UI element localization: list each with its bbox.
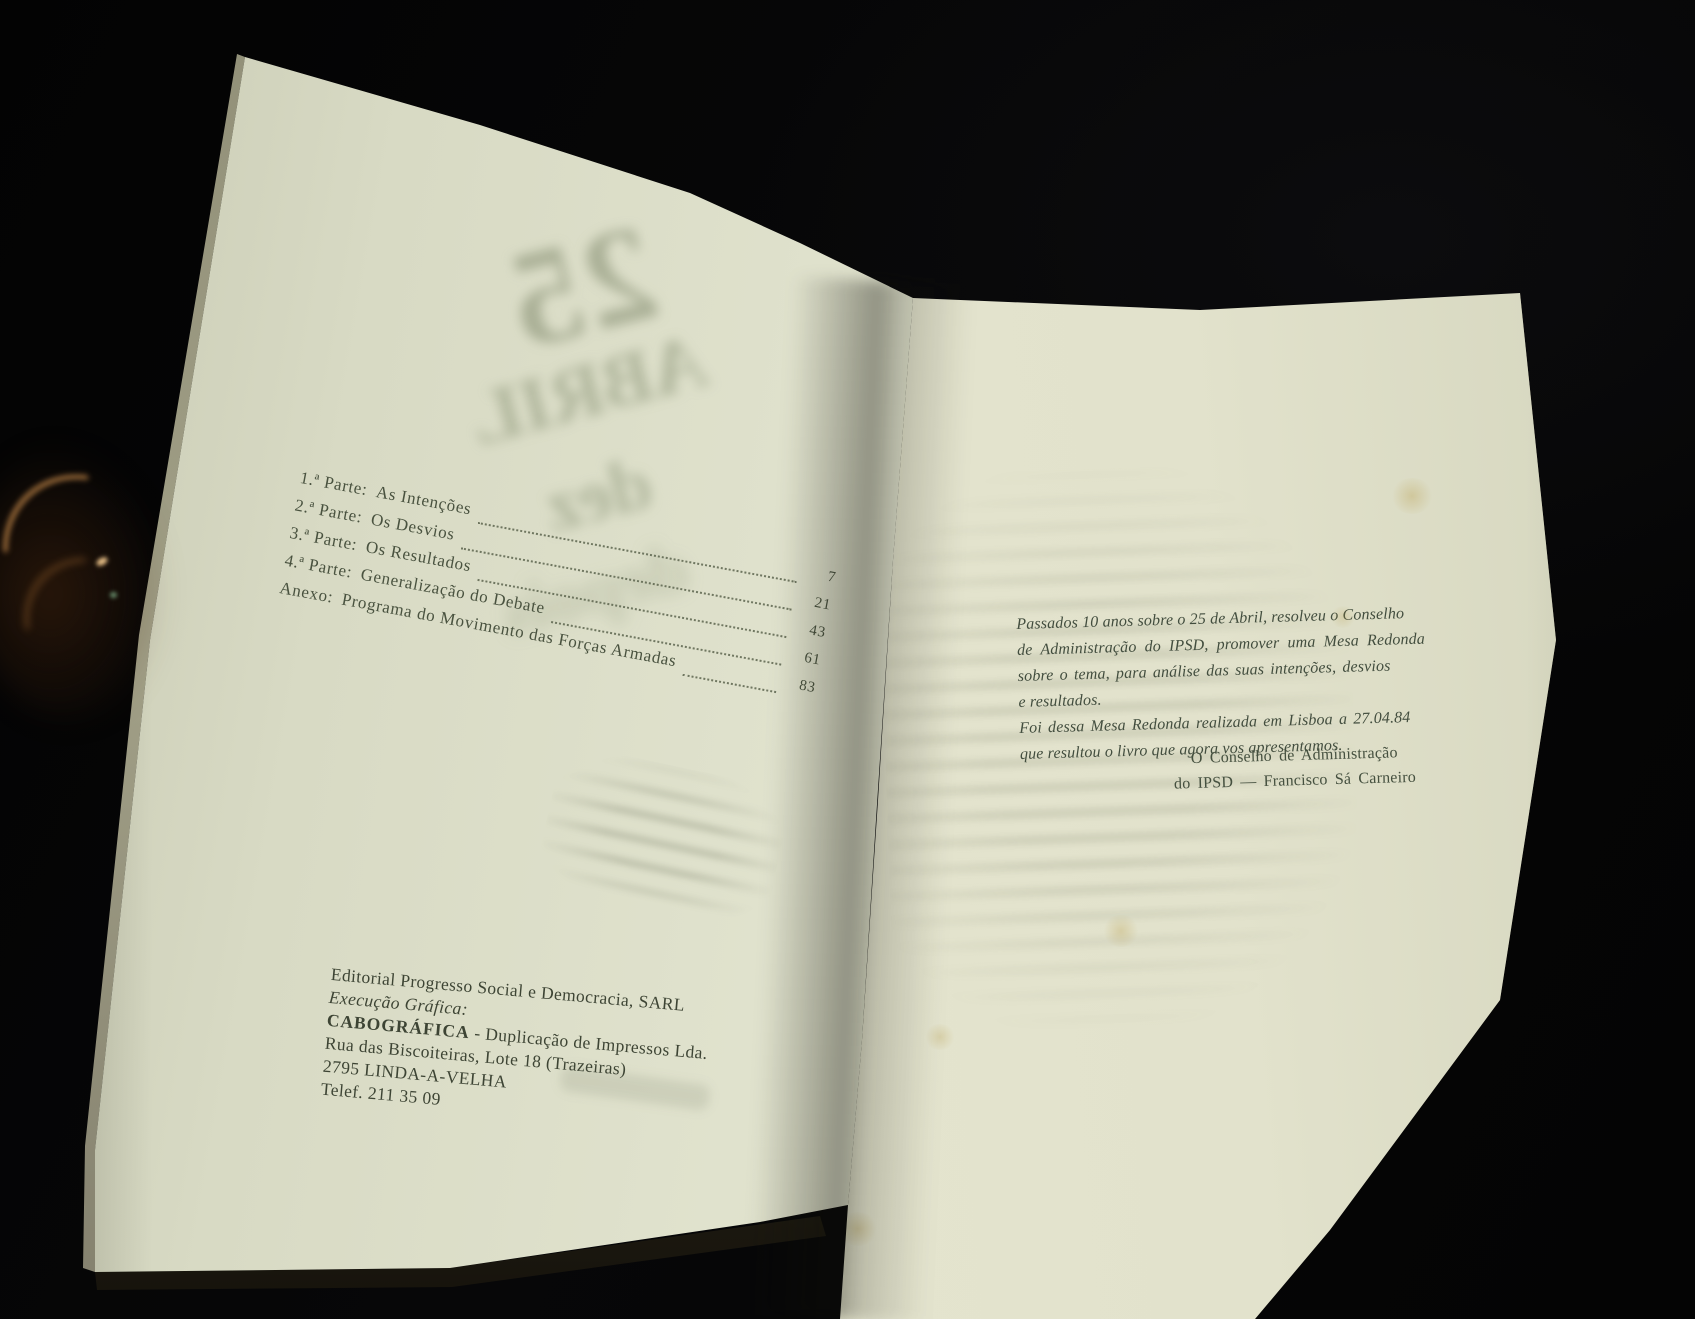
toc-dot-leader	[683, 674, 776, 693]
toc-part-label: 1.ª Parte:	[298, 468, 369, 500]
foxing-spot	[1390, 478, 1434, 514]
reflection-glint	[110, 592, 117, 598]
foxing-spot	[668, 82, 716, 122]
foxing-spot	[1102, 915, 1140, 947]
attribution: O Conselho de Administração do IPSD — Fr…	[1158, 739, 1431, 797]
bleedthrough-text-block	[532, 742, 793, 938]
foxing-spot	[696, 130, 728, 156]
foxing-spot	[1330, 606, 1356, 628]
book-photo: 25 ABRIL dez depois 1.ª Parte: As Intenç…	[0, 0, 1695, 1319]
colophon: Editorial Progresso Social e Democracia,…	[320, 963, 713, 1134]
